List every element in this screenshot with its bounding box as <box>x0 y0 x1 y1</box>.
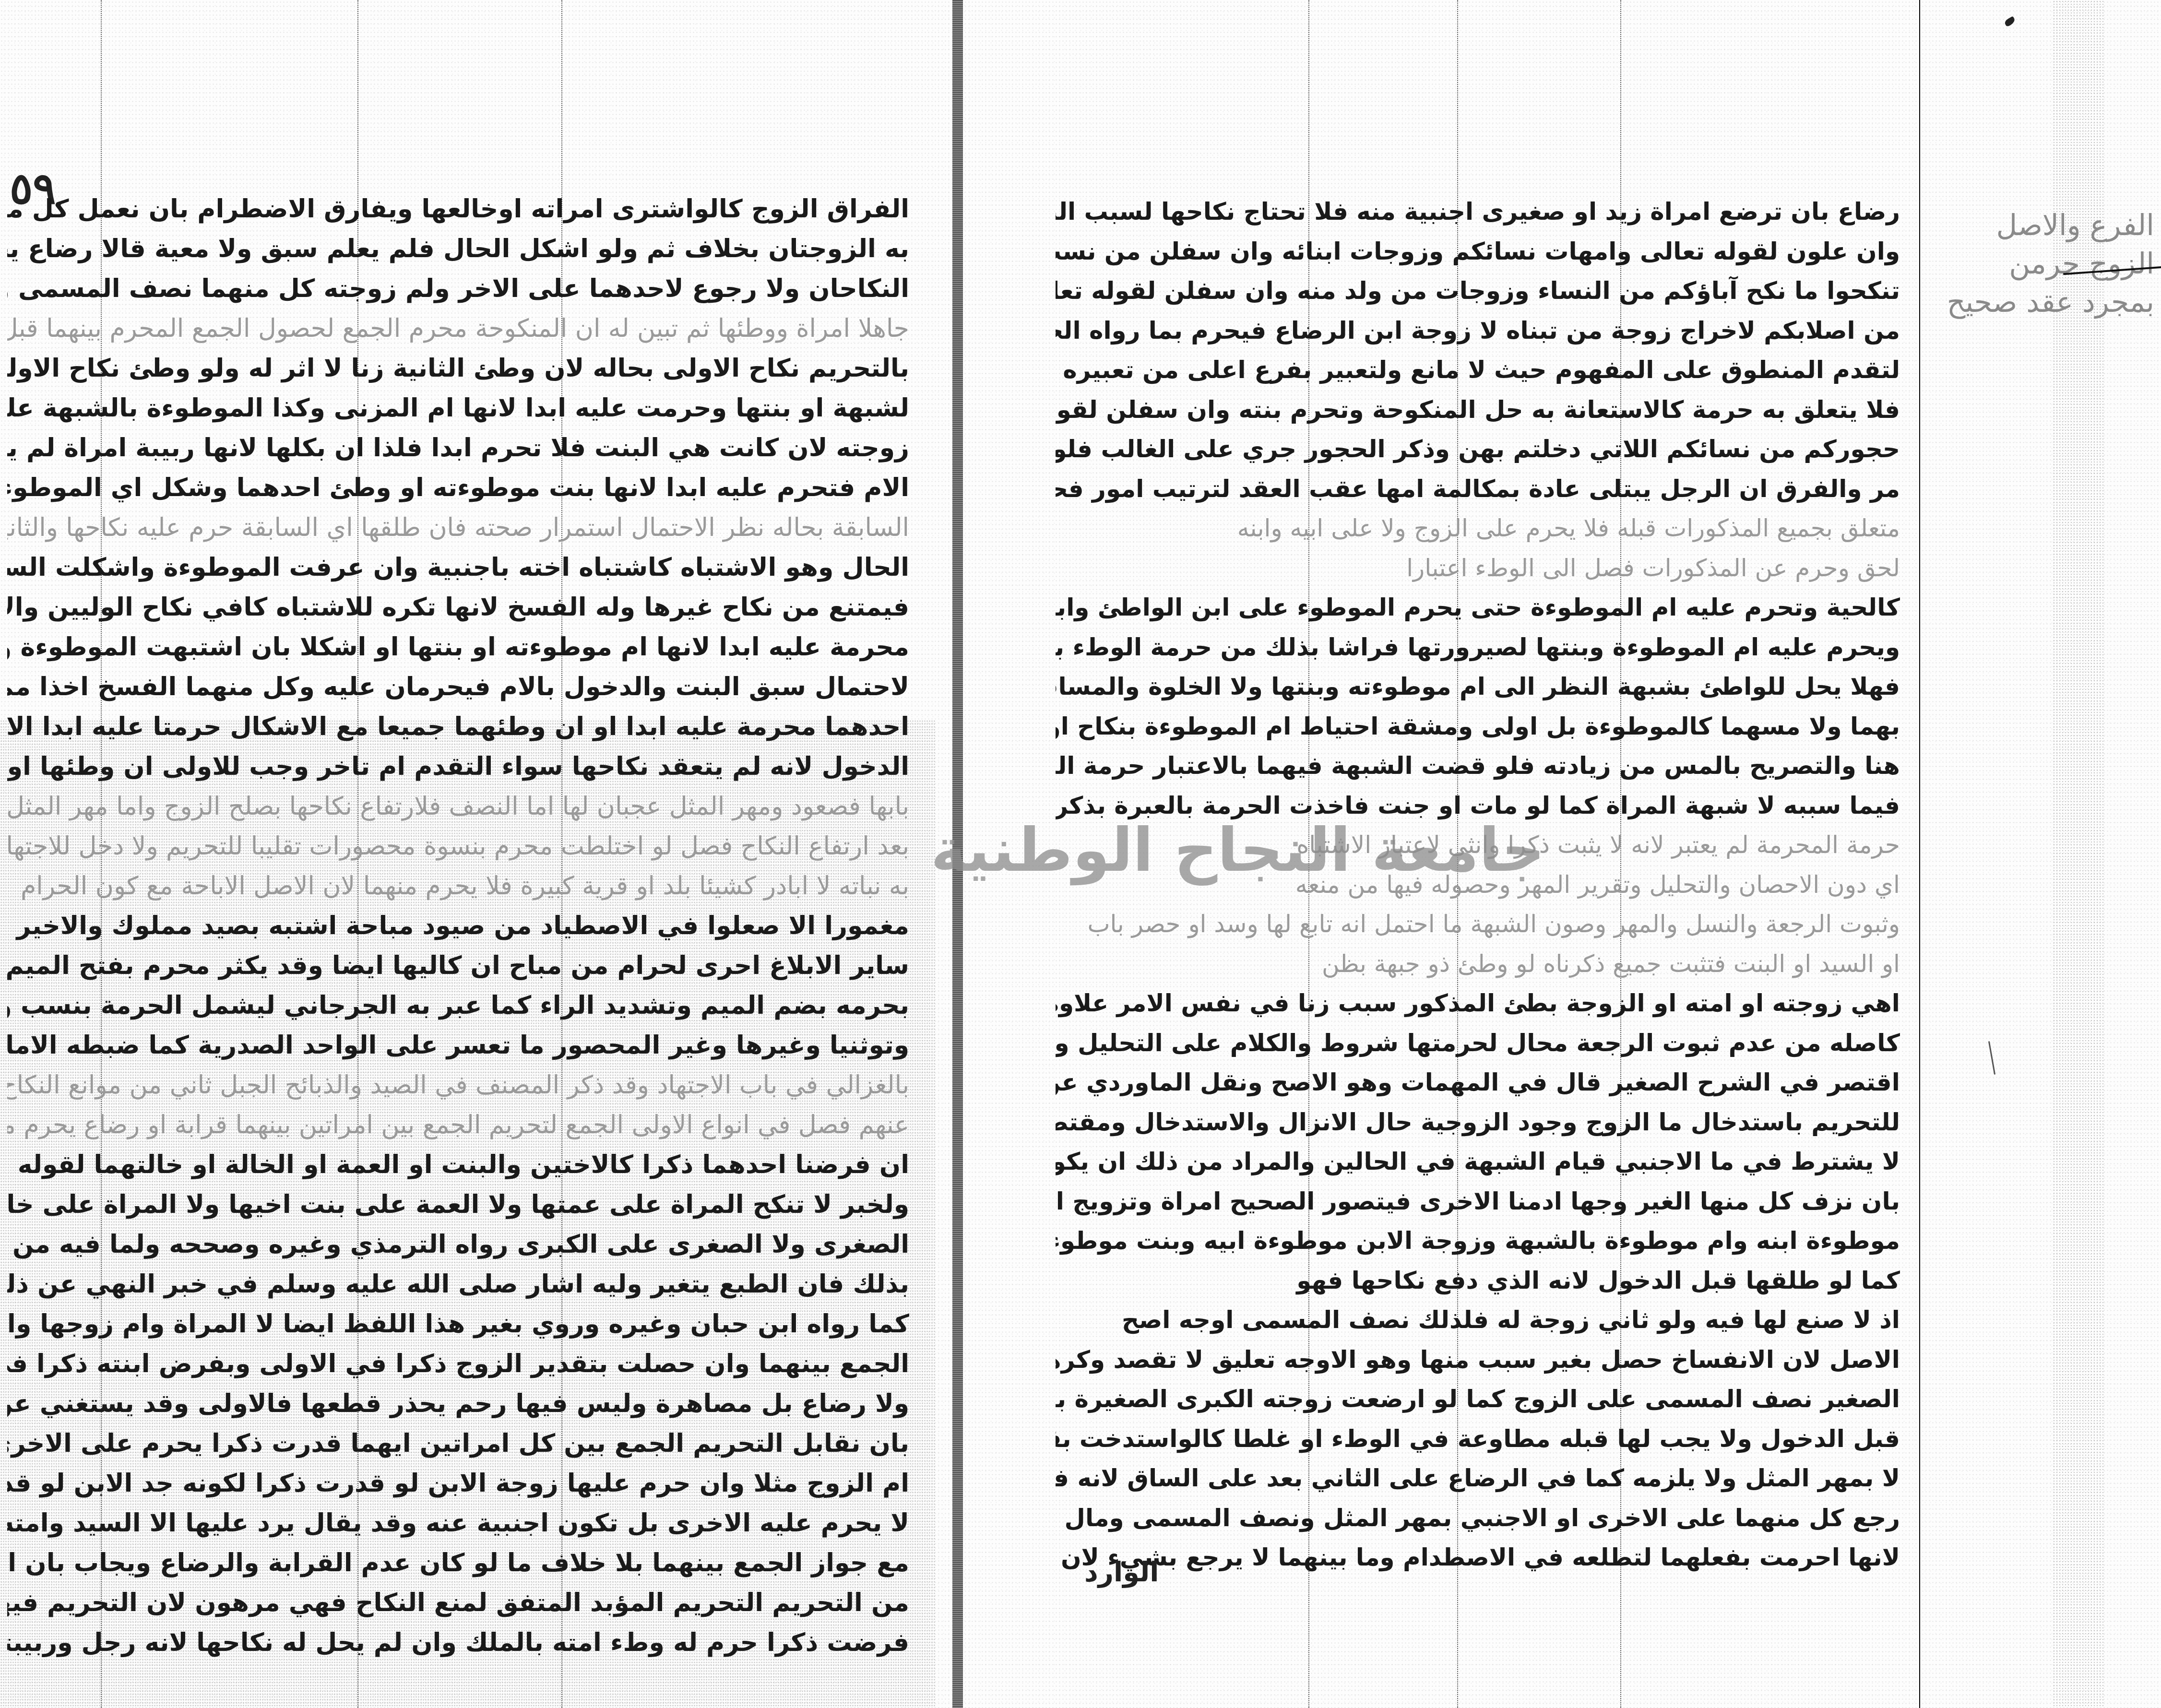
left-page-text: الفراق الزوج كالواشترى امراته اوخالعها و… <box>7 190 909 1663</box>
manuscript-line: زوجته لان كانت هي البنت فلا تحرم ابدا فل… <box>7 428 909 468</box>
manuscript-line: مع جواز الجمع بينهما بلا خلاف ما لو كان … <box>7 1543 909 1583</box>
manuscript-line: الحال وهو الاشتباه كاشتباه اخته باجنبية … <box>7 548 909 588</box>
manuscript-line: ام الزوج مثلا وان حرم عليها زوجة الابن ل… <box>7 1464 909 1504</box>
manuscript-line: لا بمهر المثل ولا يلزمه كما في الرضاع عل… <box>1056 1459 1900 1498</box>
manuscript-line: لحق وحرم عن المذكورات فصل الى الوطء اعتب… <box>1056 548 1900 588</box>
manuscript-line: من التحريم التحريم المؤبد المتفق لمنع ال… <box>7 1583 909 1623</box>
manuscript-line: بحرمه بضم الميم وتشديد الراء كما عبر به … <box>7 986 909 1026</box>
manuscript-line: فرضت ذكرا حرم له وطء امته بالملك وان لم … <box>7 1623 909 1663</box>
manuscript-line: محرمة عليه ابدا لانها ام موطوءته او بنته… <box>7 628 909 667</box>
manuscript-line: وتوثنيا وغيرها وغير المحصور ما تعسر على … <box>7 1026 909 1066</box>
right-page-text: رضاع بان ترضع امراة زيد او صغيرى اجنبية … <box>1056 192 1900 1578</box>
manuscript-line: رضاع بان ترضع امراة زيد او صغيرى اجنبية … <box>1056 192 1900 232</box>
manuscript-line: اذ لا صنع لها فيه ولو ثاني زوجة له فلذلك… <box>1056 1300 1900 1340</box>
manuscript-line: فيما سببه لا شبهة المراة كما لو مات او ج… <box>1056 786 1900 826</box>
manuscript-line: بالتحريم نكاح الاولى بحاله لان وطئ الثان… <box>7 349 909 389</box>
manuscript-line: كما رواه ابن حبان وغيره وروي بغير هذا ال… <box>7 1305 909 1344</box>
manuscript-line: ساير الابلاغ احرى لحرام من مباح ان كاليه… <box>7 946 909 986</box>
manuscript-line: عنهم فصل في انواع الاولى الجمع لتحريم ال… <box>7 1105 909 1145</box>
manuscript-line: ولا رضاع بل مصاهرة وليس فيها رحم يحذر قط… <box>7 1384 909 1424</box>
manuscript-line: حرمة المحرمة لم يعتبر لانه لا يثبت ذكرا … <box>1056 825 1900 865</box>
manuscript-line: اهي زوجته او امته او الزوجة بطئ المذكور … <box>1056 984 1900 1023</box>
manuscript-line: اقتصر في الشرح الصغير قال في المهمات وهو… <box>1056 1063 1900 1103</box>
manuscript-line: بان نقابل التحريم الجمع بين كل امراتين ا… <box>7 1424 909 1464</box>
manuscript-line: موطوءة ابنه وام موطوءة بالشبهة وزوجة الا… <box>1056 1221 1900 1261</box>
manuscript-line: كاصله من عدم ثبوت الرجعة محال لحرمتها شر… <box>1056 1023 1900 1063</box>
margin-note-line: بمجرد عقد صحيح <box>1934 283 2154 321</box>
manuscript-line: تنكحوا ما نكح آباؤكم من النساء وزوجات من… <box>1056 271 1900 311</box>
manuscript-line: به نباته لا ابادر كشيئا بلد او قرية كبير… <box>7 866 909 906</box>
manuscript-line: قبل الدخول ولا يجب لها قبله مطاوعة في ال… <box>1056 1419 1900 1459</box>
manuscript-line: الفراق الزوج كالواشترى امراته اوخالعها و… <box>7 190 909 229</box>
manuscript-line: ان فرضنا احدهما ذكرا كالاختين والبنت او … <box>7 1145 909 1185</box>
manuscript-line: بعد ارتفاع النكاح فصل لو اختلطت محرم بنس… <box>7 827 909 866</box>
margin-note: الفرع والاصلالزوج حرمنبمجرد عقد صحيح <box>1934 206 2154 321</box>
manuscript-line: بذلك فان الطبع يتغير وليه اشار صلى الله … <box>7 1265 909 1305</box>
manuscript-line: فيمتنع من نكاح غيرها وله الفسخ لانها تكر… <box>7 588 909 628</box>
page-edge-line <box>1919 0 1920 1708</box>
manuscript-line: لانها احرمت بفعلهما لتطلعه في الاصطدام و… <box>1056 1538 1900 1578</box>
manuscript-line: رجع كل منهما على الاخرى او الاجنبي بمهر … <box>1056 1498 1900 1538</box>
manuscript-line: متعلق بجميع المذكورات قبله فلا يحرم على … <box>1056 509 1900 548</box>
manuscript-line: لا يحرم عليه الاخرى بل تكون اجنبية عنه و… <box>7 1504 909 1543</box>
manuscript-line: اي دون الاحصان والتحليل وتقرير المهر وحص… <box>1056 865 1900 905</box>
manuscript-line: لشبهة او بنتها وحرمت عليه ابدا لانها ام … <box>7 389 909 428</box>
manuscript-line: الدخول لانه لم يتعقد نكاحها سواء التقدم … <box>7 747 909 787</box>
manuscript-line: من اصلابكم لاخراج زوجة من تبناه لا زوجة … <box>1056 311 1900 351</box>
manuscript-line: به الزوجتان بخلاف ثم ولو اشكل الحال فلم … <box>7 229 909 269</box>
manuscript-line: فلا يتعلق به حرمة كالاستعانة به حل المنك… <box>1056 390 1900 430</box>
manuscript-line: بهما ولا مسهما كالموطوءة بل اولى ومشقة ا… <box>1056 707 1900 747</box>
manuscript-line: بان نزف كل منها الغير وجها ادمنا الاخرى … <box>1056 1182 1900 1222</box>
manuscript-line: وان علون لقوله تعالى وامهات نسائكم وزوجا… <box>1056 232 1900 272</box>
manuscript-line: كالحية وتحرم عليه ام الموطوءة حتى يحرم ا… <box>1056 588 1900 628</box>
catchword: الوارد <box>1084 1557 1159 1588</box>
manuscript-line: لا يشترط في ما الاجنبي قيام الشبهة في ال… <box>1056 1142 1900 1182</box>
manuscript-line: الصغير نصف المسمى على الزوج كما لو ارضعت… <box>1056 1379 1900 1419</box>
manuscript-line: السابقة بحاله نظر الاحتمال استمرار صحته … <box>7 508 909 548</box>
book-gutter <box>952 0 963 1708</box>
manuscript-line: مغمورا الا صعلوا في الاصطياد من صيود مبا… <box>7 906 909 946</box>
manuscript-line: كما لو طلقها قبل الدخول لانه الذي دفع نك… <box>1056 1261 1900 1301</box>
manuscript-line: هنا والتصريح بالمس من زيادته فلو قضت الش… <box>1056 746 1900 786</box>
manuscript-line: فهلا يحل للواطئ بشبهة النظر الى ام موطوء… <box>1056 667 1900 707</box>
manuscript-line: بالغزالي في باب الاجتهاد وقد ذكر المصنف … <box>7 1066 909 1105</box>
margin-note-line: الزوج حرمن <box>1934 245 2154 283</box>
manuscript-line: الجمع بينهما وان حصلت بتقدير الزوج ذكرا … <box>7 1344 909 1384</box>
manuscript-line: احدهما محرمة عليه ابدا او ان وطئهما جميع… <box>7 707 909 747</box>
manuscript-line: بابها فصعود ومهر المثل عجبان لها اما الن… <box>7 787 909 827</box>
manuscript-line: حجوركم من نسائكم اللاتي دخلتم بهن وذكر ا… <box>1056 429 1900 469</box>
left-page: ٥٩ الفراق الزوج كالواشترى امراته اوخالعه… <box>0 0 952 1708</box>
manuscript-line: او السيد او البنت فتثبت جميع ذكرناه لو و… <box>1056 944 1900 984</box>
manuscript-line: الصغرى ولا الصغرى على الكبرى رواه الترمذ… <box>7 1225 909 1265</box>
manuscript-spread: ٥٩ الفراق الزوج كالواشترى امراته اوخالعه… <box>0 0 2161 1708</box>
manuscript-line: مر والفرق ان الرجل يبتلى عادة بمكالمة ام… <box>1056 469 1900 509</box>
manuscript-line: لاحتمال سبق البنت والدخول بالام فيحرمان … <box>7 667 909 707</box>
manuscript-line: وثبوت الرجعة والنسل والمهر وصون الشبهة م… <box>1056 904 1900 944</box>
manuscript-line: النكاحان ولا رجوع لاحدهما على الاخر ولم … <box>7 269 909 309</box>
margin-note-line: الفرع والاصل <box>1934 206 2154 245</box>
manuscript-line: ويحرم عليه ام الموطوءة وبنتها لصيرورتها … <box>1056 628 1900 667</box>
manuscript-line: الاصل لان الانفساخ حصل بغير سبب منها وهو… <box>1056 1340 1900 1380</box>
manuscript-line: لتقدم المنطوق على المفهوم حيث لا مانع ول… <box>1056 350 1900 390</box>
manuscript-line: ولخبر لا تنكح المراة على عمتها ولا العمة… <box>7 1185 909 1225</box>
manuscript-line: للتحريم باستدخال ما الزوج وجود الزوجية ح… <box>1056 1103 1900 1142</box>
manuscript-line: جاهلا امراة ووطئها ثم تبين له ان المنكوح… <box>7 309 909 349</box>
manuscript-line: الام فتحرم عليه ابدا لانها بنت موطوءته ا… <box>7 468 909 508</box>
